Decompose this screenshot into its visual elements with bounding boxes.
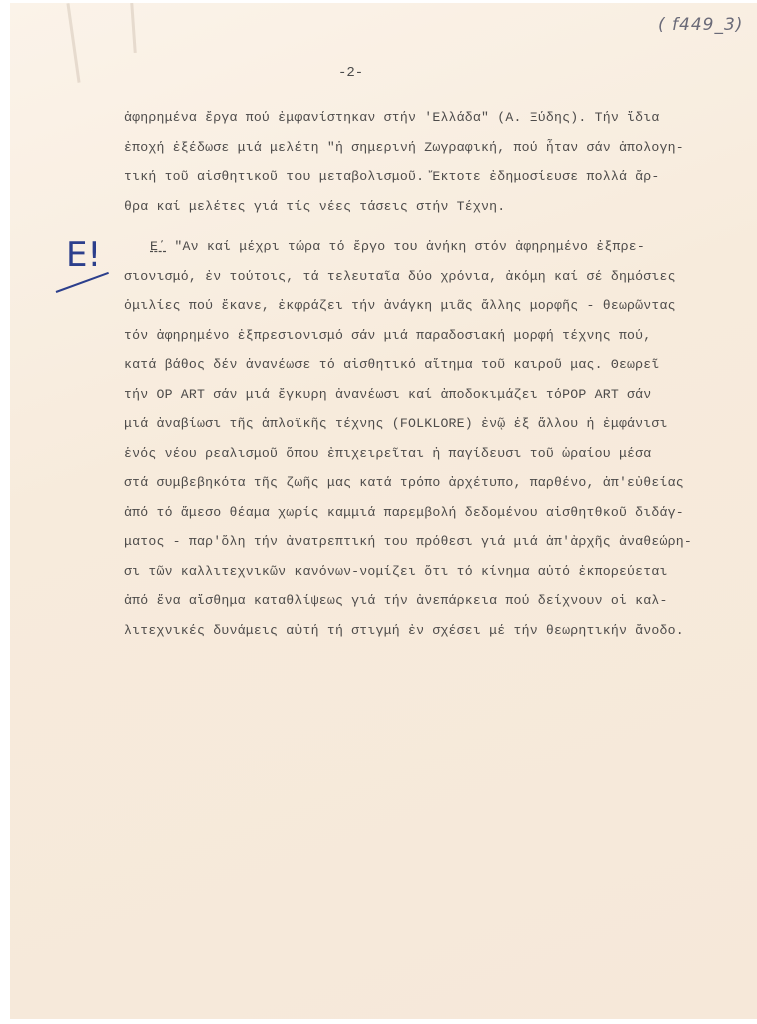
page-number: -2- — [338, 65, 363, 81]
text-line: τόν ἀφηρημένο ἐξπρεσιονισμό σάν μιά παρα… — [124, 328, 757, 358]
archive-reference: ( f449_3) — [658, 15, 743, 35]
text-line: ἐποχή ἐξέδωσε μιά μελέτη "ἡ σημερινή Ζωγ… — [124, 140, 757, 170]
text-line: ἀπό τό ἄμεσο θέαμα χωρίς καμμιά παρεμβολ… — [124, 505, 757, 535]
section-marker: Ε΄ — [150, 239, 166, 254]
paragraph-1: ἀφηρημένα ἔργα πού ἐμφανίστηκαν στήν 'Ελ… — [124, 110, 757, 228]
text-line: τήν OP ART σάν μιά ἔγκυρη ἀνανέωσι καί ἀ… — [124, 387, 757, 417]
text-line-first: Ε΄ "Αν καί μέχρι τώρα τό ἔργο του ἀνήκη … — [124, 239, 757, 269]
text-line: μιά ἀναβίωσι τῆς ἀπλοϊκῆς τέχνης (FOLKLO… — [124, 416, 757, 446]
text-line: θρα καί μελέτες γιά τίς νέες τάσεις στήν… — [124, 199, 757, 229]
text-line: κατά βάθος δέν ἀνανέωσε τό αἰσθητικό αἴτ… — [124, 357, 757, 387]
paper-crease — [66, 3, 80, 83]
text-line: ματος - παρ'ὅλη τήν ἀνατρεπτική του πρόθ… — [124, 534, 757, 564]
text-line: σι τῶν καλλιτεχνικῶν κανόνων-νομίζει ὅτι… — [124, 564, 757, 594]
paragraph-2: Ε΄ "Αν καί μέχρι τώρα τό ἔργο του ἀνήκη … — [124, 239, 757, 652]
text-line: σιονισμό, ἐν τούτοις, τά τελευταῖα δύο χ… — [124, 269, 757, 299]
paper-crease — [130, 3, 136, 53]
text-line: ἑνός νέου ρεαλισμοῦ ὅπου ἐπιχειρεῖται ἡ … — [124, 446, 757, 476]
text-line: τική τοῦ αἰσθητικοῦ του μεταβολισμοῦ. Ἔκ… — [124, 169, 757, 199]
text-line: λιτεχνικές δυνάμεις αὐτή τή στιγμή ἐν σχ… — [124, 623, 757, 653]
text-line: ἀπό ἕνα αἴσθημα καταθλίψεως γιά τήν ἀνεπ… — [124, 593, 757, 623]
scanned-page: ( f449_3) -2- Ε! ἀφηρημένα ἔργα πού ἐμφα… — [10, 3, 757, 1019]
margin-annotation: Ε! — [66, 235, 101, 275]
text-line: ἀφηρημένα ἔργα πού ἐμφανίστηκαν στήν 'Ελ… — [124, 110, 757, 140]
margin-annotation-stroke — [56, 272, 109, 293]
text-line: ὁμιλίες πού ἔκανε, ἐκφράζει τήν ἀνάγκη μ… — [124, 298, 757, 328]
text-line-content: "Αν καί μέχρι τώρα τό ἔργο του ἀνήκη στό… — [174, 239, 645, 254]
text-line: στά συμβεβηκότα τῆς ζωῆς μας κατά τρόπο … — [124, 475, 757, 505]
